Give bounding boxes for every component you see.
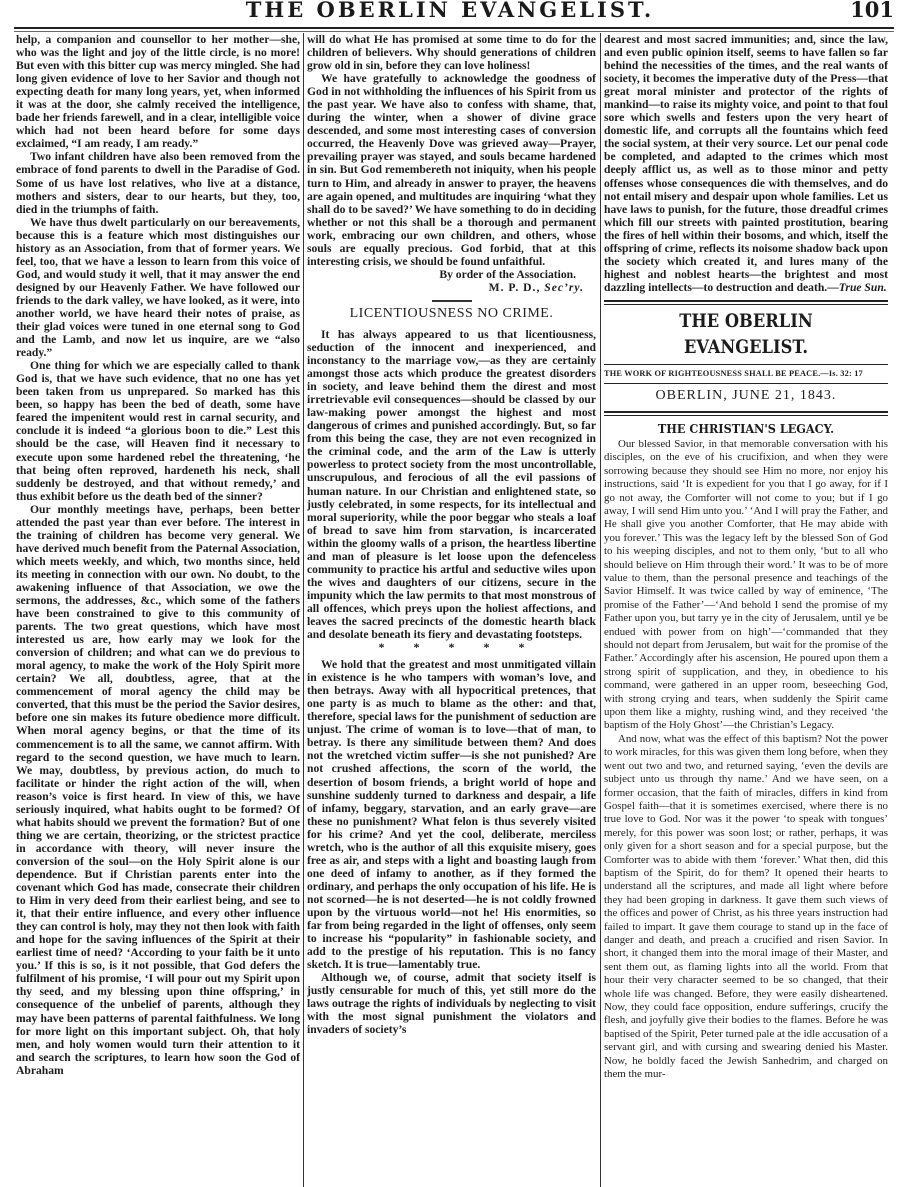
paragraph: We hold that the greatest and most unmit… — [307, 658, 596, 971]
page-number: 101 — [850, 0, 894, 22]
column-divider — [600, 33, 601, 1187]
page-title: THE OBERLIN EVANGELIST. — [0, 0, 900, 22]
dateline: OBERLIN, JUNE 21, 1843. — [604, 387, 888, 405]
masthead-rule — [604, 300, 888, 305]
article-title: THE CHRISTIAN'S LEGACY. — [618, 420, 874, 438]
paragraph: will do what He has promised at some tim… — [307, 33, 596, 72]
paragraph: It has always appeared to us that licent… — [307, 328, 596, 641]
article-title: LICENTIOUSNESS NO CRIME. — [307, 306, 596, 322]
paragraph: Two infant children have also been remov… — [16, 150, 300, 215]
paragraph: And now, what was the effect of this bap… — [604, 733, 888, 1082]
masthead-rule — [604, 364, 888, 365]
signature-line: By order of the Association. — [307, 268, 596, 281]
header-rule — [14, 27, 894, 32]
source-credit: True Sun. — [839, 281, 887, 294]
masthead: THE OBERLIN EVANGELIST. — [621, 309, 871, 361]
paragraph: Although we, of course, admit that socie… — [307, 971, 596, 1036]
paragraph: Our blessed Savior, in that memorable co… — [604, 438, 888, 733]
masthead-rule — [604, 383, 888, 384]
column-divider — [303, 33, 304, 1187]
column-2: will do what He has promised at some tim… — [307, 33, 596, 1187]
signature-title: Sec’ry. — [544, 281, 584, 294]
paragraph: We have thus dwelt particularly on our b… — [16, 216, 300, 360]
paragraph: One thing for which we are especially ca… — [16, 359, 300, 503]
motto: THE WORK OF RIGHTEOUSNESS SHALL BE PEACE… — [604, 368, 888, 380]
article-body: Our blessed Savior, in that memorable co… — [604, 438, 888, 1082]
paragraph: dearest and most sacred immunities; and,… — [604, 33, 888, 294]
paragraph: help, a companion and counsellor to her … — [16, 33, 300, 150]
section-rule — [432, 300, 472, 302]
masthead-rule — [604, 411, 888, 416]
section-separator: * * * * * — [307, 641, 596, 654]
column-1: help, a companion and counsellor to her … — [16, 33, 300, 1187]
page-header: THE OBERLIN EVANGELIST. 101 — [0, 0, 900, 20]
column-3: dearest and most sacred immunities; and,… — [604, 33, 888, 1187]
paragraph-text: dearest and most sacred immunities; and,… — [604, 33, 888, 294]
signature-name: M. P. D., — [489, 281, 541, 294]
paragraph: We have gratefully to acknowledge the go… — [307, 72, 596, 268]
signature: M. P. D., Sec’ry. — [307, 281, 596, 294]
paragraph: Our monthly meetings have, perhaps, been… — [16, 503, 300, 1077]
